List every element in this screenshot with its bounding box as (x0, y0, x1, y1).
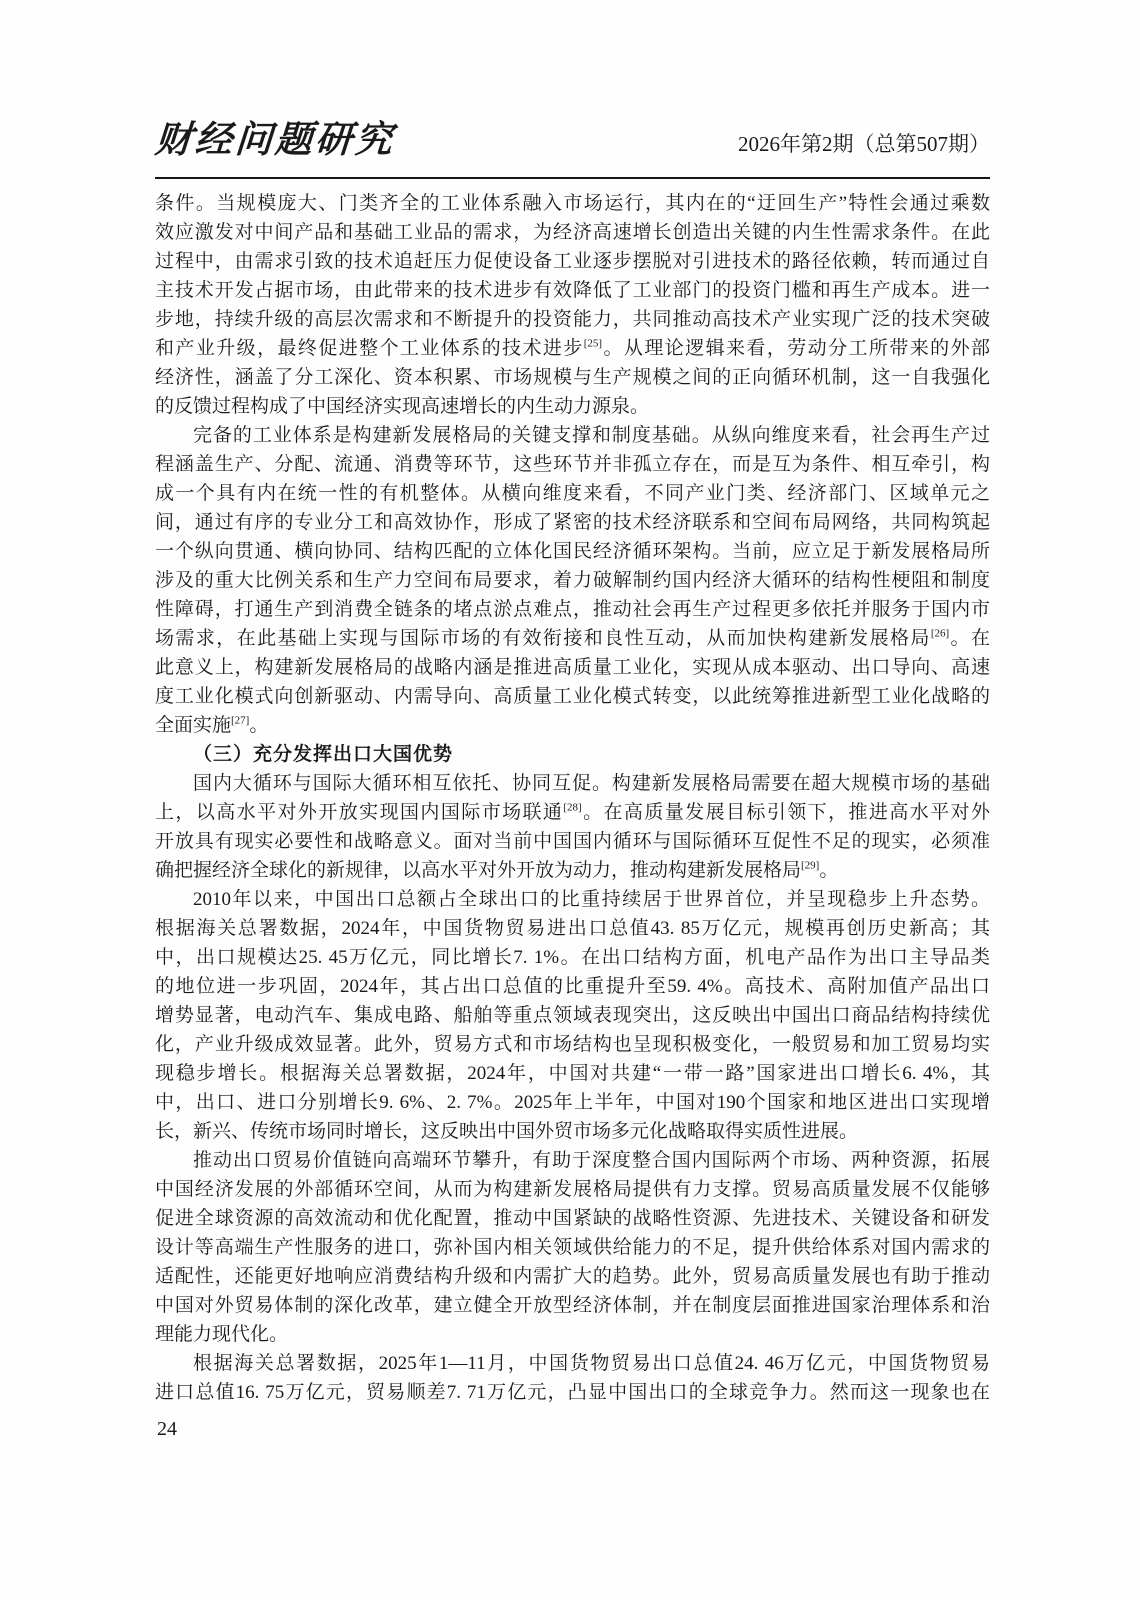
text-line: 的反馈过程构成了中国经济实现高速增长的内生动力源泉。 (155, 392, 990, 421)
header-divider (155, 177, 990, 179)
text-line: 根据海关总署数据，2024年，中国货物贸易进出口总值43. 85万亿元，规模再创… (155, 914, 990, 943)
text-line: 此意义上，构建新发展格局的战略内涵是推进高质量工业化，实现从成本驱动、出口导向、… (155, 653, 990, 682)
article-body: 条件。当规模庞大、门类齐全的工业体系融入市场运行，其内在的“迂回生产”特性会通过… (155, 189, 990, 1407)
footnote-ref: [27] (231, 715, 249, 727)
page-header: 财经问题研究 2026年第2期（总第507期） (155, 122, 990, 161)
footnote-ref: [29] (801, 860, 819, 872)
paragraph: 国内大循环与国际大循环相互依托、协同互促。构建新发展格局需要在超大规模市场的基础… (155, 769, 990, 885)
text-line: 经济性，涵盖了分工深化、资本积累、市场规模与生产规模之间的正向循环机制，这一自我… (155, 363, 990, 392)
paragraph: 根据海关总署数据，2025年1—11月，中国货物贸易出口总值24. 46万亿元，… (155, 1349, 990, 1407)
text-line: 中，出口、进口分别增长9. 6%、2. 7%。2025年上半年，中国对190个国… (155, 1088, 990, 1117)
text-line: 和产业升级，最终促进整个工业体系的技术进步[25]。从理论逻辑来看，劳动分工所带… (155, 334, 990, 363)
text-line: 化，产业升级成效显著。此外，贸易方式和市场结构也呈现积极变化，一般贸易和加工贸易… (155, 1030, 990, 1059)
text-line: 中国对外贸易体制的深化改革，建立健全开放型经济体制，并在制度层面推进国家治理体系… (155, 1291, 990, 1320)
text-line: 根据海关总署数据，2025年1—11月，中国货物贸易出口总值24. 46万亿元，… (155, 1349, 990, 1378)
text-line: 现稳步增长。根据海关总署数据，2024年，中国对共建“一带一路”国家进出口增长6… (155, 1059, 990, 1088)
text-line: 2010年以来，中国出口总额占全球出口的比重持续居于世界首位，并呈现稳步上升态势… (155, 885, 990, 914)
text-line: 的地位进一步巩固，2024年，其占出口总值的比重提升至59. 4%。高技术、高附… (155, 972, 990, 1001)
text-line: 度工业化模式向创新驱动、内需导向、高质量工业化模式转变，以此统筹推进新型工业化战… (155, 682, 990, 711)
paragraph: 推动出口贸易价值链向高端环节攀升，有助于深度整合国内国际两个市场、两种资源，拓展… (155, 1146, 990, 1349)
journal-page: 财经问题研究 2026年第2期（总第507期） 条件。当规模庞大、门类齐全的工业… (0, 0, 1140, 1600)
text-line: 程涵盖生产、分配、流通、消费等环节，这些环节并非孤立存在，而是互为条件、相互牵引… (155, 450, 990, 479)
text-line: 全面实施[27]。 (155, 711, 990, 740)
footnote-ref: [26] (931, 628, 949, 640)
text-line: 效应激发对中间产品和基础工业品的需求，为经济高速增长创造出关键的内生性需求条件。… (155, 218, 990, 247)
text-line: 长，新兴、传统市场同时增长，这反映出中国外贸市场多元化战略取得实质性进展。 (155, 1117, 990, 1146)
text-line: 步地，持续升级的高层次需求和不断提升的投资能力，共同推动高技术产业实现广泛的技术… (155, 305, 990, 334)
text-line: 理能力现代化。 (155, 1320, 990, 1349)
text-line: 进口总值16. 75万亿元，贸易顺差7. 71万亿元，凸显中国出口的全球竞争力。… (155, 1378, 990, 1407)
footnote-ref: [25] (584, 338, 602, 350)
paragraph: 条件。当规模庞大、门类齐全的工业体系融入市场运行，其内在的“迂回生产”特性会通过… (155, 189, 990, 421)
paragraph: 完备的工业体系是构建新发展格局的关键支撑和制度基础。从纵向维度来看，社会再生产过… (155, 421, 990, 740)
text-line: 性障碍，打通生产到消费全链条的堵点淤点难点，推动社会再生产过程更多依托并服务于国… (155, 595, 990, 624)
text-line: 主技术开发占据市场，由此带来的技术进步有效降低了工业部门的投资门槛和再生产成本。… (155, 276, 990, 305)
text-line: 促进全球资源的高效流动和优化配置，推动中国紧缺的战略性资源、先进技术、关键设备和… (155, 1204, 990, 1233)
page-number: 24 (157, 1418, 177, 1441)
footnote-ref: [28] (563, 802, 581, 814)
text-line: 一个纵向贯通、横向协同、结构匹配的立体化国民经济循环架构。当前，应立足于新发展格… (155, 537, 990, 566)
text-line: 设计等高端生产性服务的进口，弥补国内相关领域供给能力的不足，提升供给体系对国内需… (155, 1233, 990, 1262)
text-line: 中，出口规模达25. 45万亿元，同比增长7. 1%。在出口结构方面，机电产品作… (155, 943, 990, 972)
text-line: 场需求，在此基础上实现与国际市场的有效衔接和良性互动，从而加快构建新发展格局[2… (155, 624, 990, 653)
heading-text: （三）充分发挥出口大国优势 (155, 740, 990, 769)
text-line: 适配性，还能更好地响应消费结构升级和内需扩大的趋势。此外，贸易高质量发展也有助于… (155, 1262, 990, 1291)
text-line: 中国经济发展的外部循环空间，从而为构建新发展格局提供有力支撑。贸易高质量发展不仅… (155, 1175, 990, 1204)
text-line: 推动出口贸易价值链向高端环节攀升，有助于深度整合国内国际两个市场、两种资源，拓展 (155, 1146, 990, 1175)
text-line: 增势显著，电动汽车、集成电路、船舶等重点领域表现突出，这反映出中国出口商品结构持… (155, 1001, 990, 1030)
text-line: 上，以高水平对外开放实现国内国际市场联通[28]。在高质量发展目标引领下，推进高… (155, 798, 990, 827)
paragraph: 2010年以来，中国出口总额占全球出口的比重持续居于世界首位，并呈现稳步上升态势… (155, 885, 990, 1146)
issue-info: 2026年第2期（总第507期） (738, 134, 990, 161)
text-line: 过程中，由需求引致的技术追赶压力促使设备工业逐步摆脱对引进技术的路径依赖，转而通… (155, 247, 990, 276)
text-line: 确把握经济全球化的新规律，以高水平对外开放为动力，推动构建新发展格局[29]。 (155, 856, 990, 885)
journal-logo: 财经问题研究 (154, 122, 397, 161)
text-line: 条件。当规模庞大、门类齐全的工业体系融入市场运行，其内在的“迂回生产”特性会通过… (155, 189, 990, 218)
text-line: 国内大循环与国际大循环相互依托、协同互促。构建新发展格局需要在超大规模市场的基础 (155, 769, 990, 798)
text-line: 间，通过有序的专业分工和高效协作，形成了紧密的技术经济联系和空间布局网络，共同构… (155, 508, 990, 537)
text-line: 涉及的重大比例关系和生产力空间布局要求，着力破解制约国内经济大循环的结构性梗阻和… (155, 566, 990, 595)
section-heading: （三）充分发挥出口大国优势 (155, 740, 990, 769)
text-line: 开放具有现实必要性和战略意义。面对当前中国国内循环与国际循环互促性不足的现实，必… (155, 827, 990, 856)
text-line: 成一个具有内在统一性的有机整体。从横向维度来看，不同产业门类、经济部门、区域单元… (155, 479, 990, 508)
text-line: 完备的工业体系是构建新发展格局的关键支撑和制度基础。从纵向维度来看，社会再生产过 (155, 421, 990, 450)
